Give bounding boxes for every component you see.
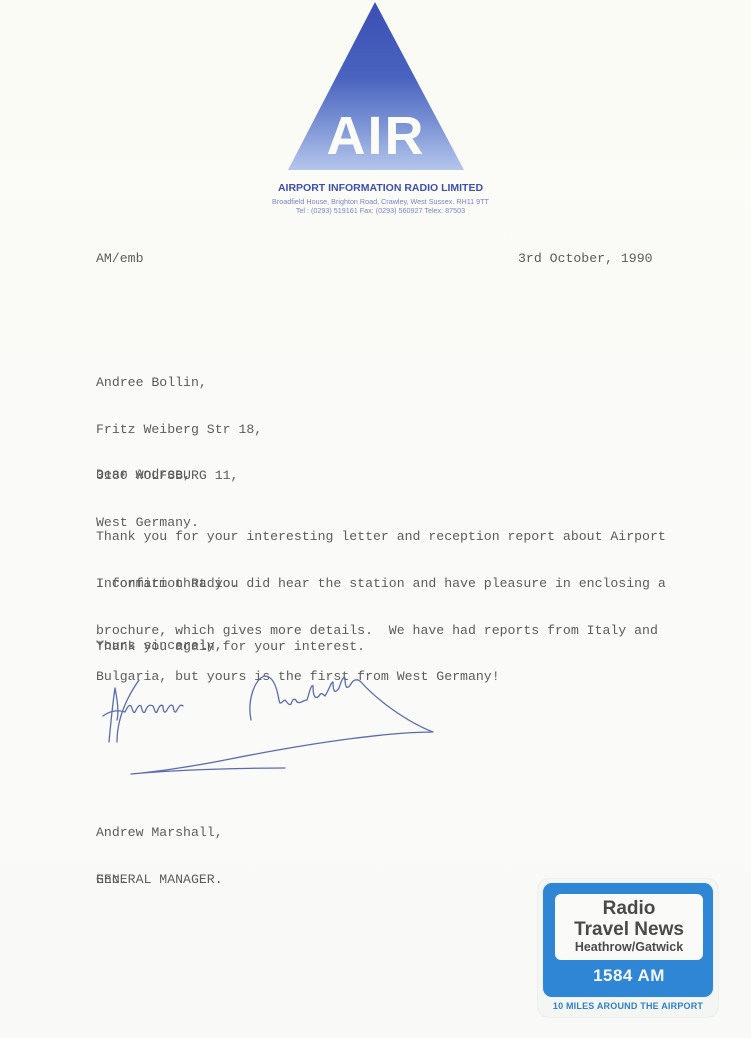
closing: Yours sincerely, xyxy=(96,638,223,654)
signer-name: Andrew Marshall, xyxy=(96,825,223,841)
paragraph-line: I confirm that you did hear the station … xyxy=(96,576,666,592)
salutation: Dear Andree, xyxy=(96,467,191,483)
sticker-title-line1: Radio xyxy=(555,894,703,919)
letter-page: AIR AIRPORT INFORMATION RADIO LIMITED Br… xyxy=(0,0,751,1038)
logo-text: AIR xyxy=(327,106,426,166)
company-name: AIRPORT INFORMATION RADIO LIMITED xyxy=(0,182,751,194)
company-address: Broadfield House, Brighton Road, Crawley… xyxy=(0,197,751,206)
address-line: Fritz Weiberg Str 18, xyxy=(96,422,262,438)
sticker-blue-panel: Radio Travel News Heathrow/Gatwick 1584 … xyxy=(542,882,714,998)
sticker-title-line2: Travel News xyxy=(555,919,703,940)
enclosure-note: Enc. xyxy=(96,872,128,888)
paragraph-line: Thank you for your interesting letter an… xyxy=(96,529,666,545)
reference-code: AM/emb xyxy=(96,251,143,267)
sticker-tagline: 10 MILES AROUND THE AIRPORT xyxy=(538,1001,718,1011)
signer-block: Andrew Marshall, GENERAL MANAGER. xyxy=(96,794,223,918)
letter-date: 3rd October, 1990 xyxy=(518,251,653,267)
air-triangle-logo-icon: AIR xyxy=(286,2,466,172)
company-contact: Tel : (0293) 519161 Fax: (0293) 560927 T… xyxy=(0,206,751,215)
sticker-white-panel: Radio Travel News Heathrow/Gatwick xyxy=(555,894,703,960)
signature-icon xyxy=(95,660,455,785)
sticker-frequency: 1584 AM xyxy=(543,966,715,986)
address-line: Andree Bollin, xyxy=(96,375,262,391)
sticker-subtitle: Heathrow/Gatwick xyxy=(555,940,703,955)
radio-travel-news-sticker: Radio Travel News Heathrow/Gatwick 1584 … xyxy=(538,879,718,1017)
